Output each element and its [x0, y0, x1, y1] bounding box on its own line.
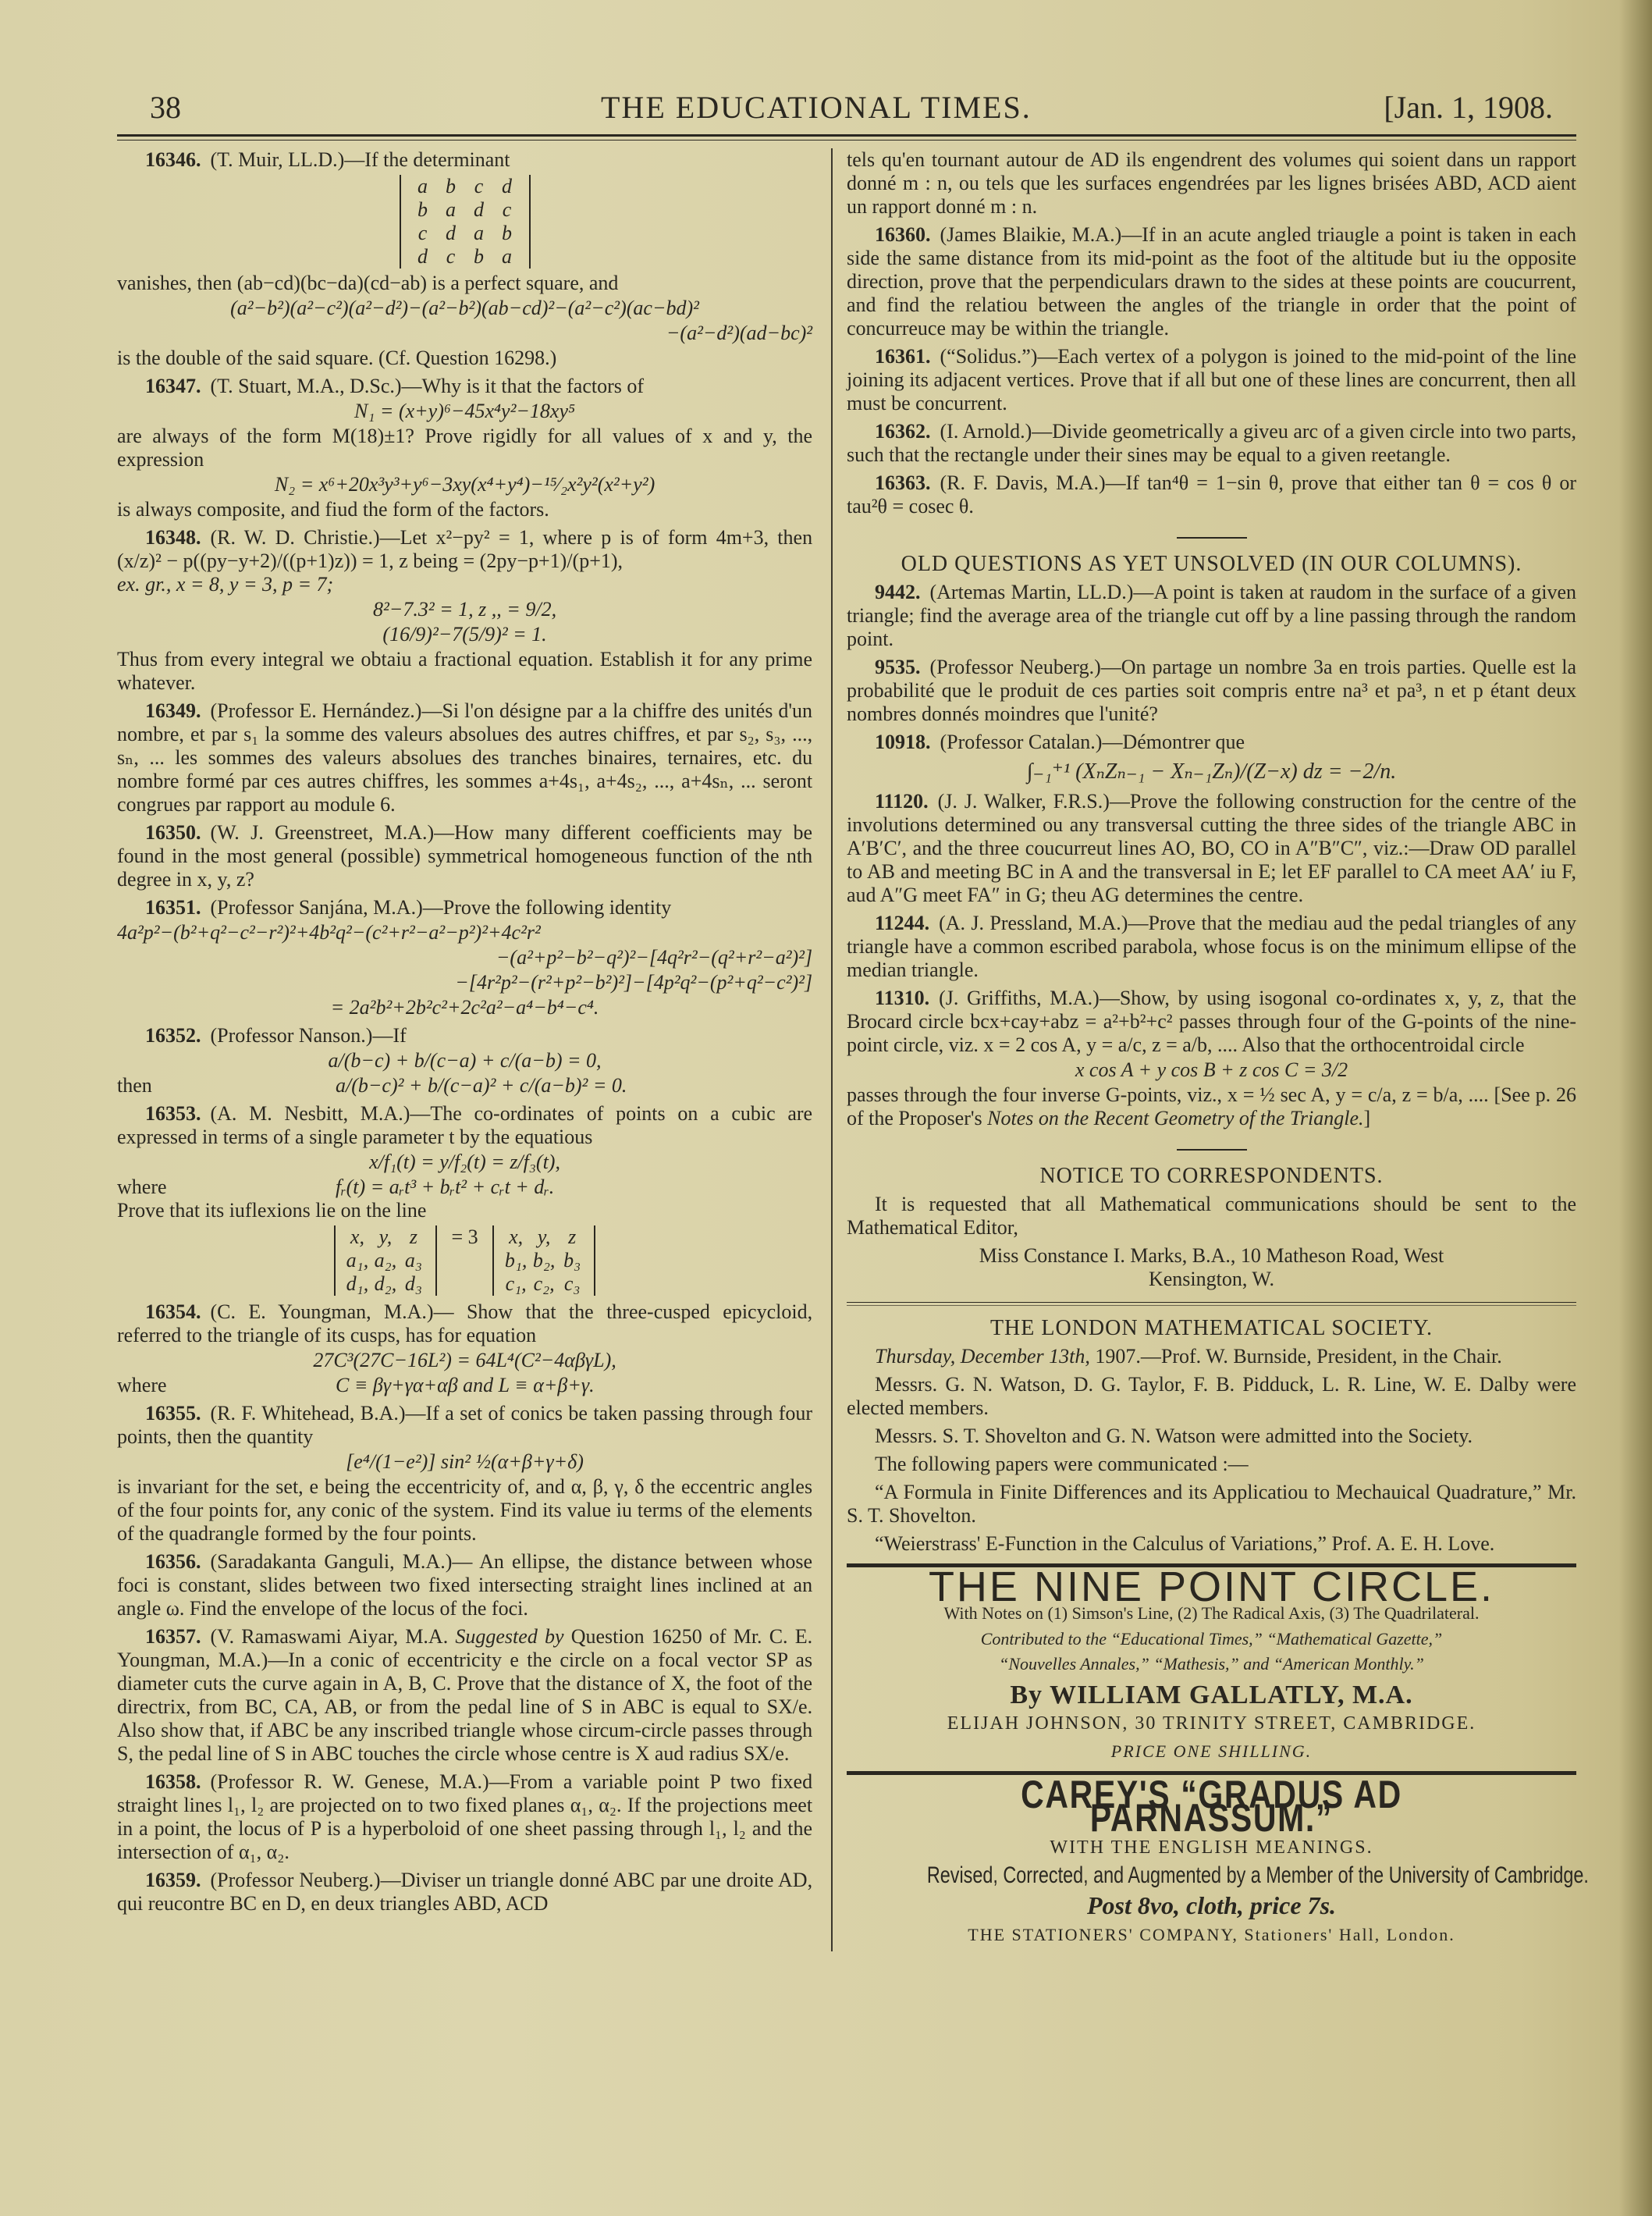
question-author: (Saradakanta Ganguli, M.A.)	[211, 1550, 453, 1573]
question-16363: 16363.(R. F. Davis, M.A.)—If tan⁴θ = 1−s…	[847, 471, 1576, 518]
advert-contributed: Contributed to the “Educational Times,” …	[847, 1627, 1576, 1651]
question-author: (V. Ramaswami Aiyar, M.A.	[211, 1625, 449, 1648]
formula: −(a²+p²−b²−q²)²−[4q²r²−(q²+r²−a²)²]	[117, 946, 812, 969]
question-16350: 16350.(W. J. Greenstreet, M.A.)—How many…	[117, 821, 812, 891]
question-number: 16346.	[145, 148, 201, 171]
formula: 8²−7.3² = 1, z ,, = 9/2,	[117, 598, 812, 621]
meeting-text: 1907.—Prof. W. Burnside, President, in t…	[1090, 1345, 1502, 1368]
publication-title: THE EDUCATIONAL TIMES.	[601, 89, 1032, 126]
formula: = 2a²b²+2b²c²+2c²a²−a⁴−b⁴−c⁴.	[117, 996, 812, 1019]
question-11120: 11120.(J. J. Walker, F.R.S.)—Prove the f…	[847, 790, 1576, 907]
question-number: 16360.	[875, 223, 931, 246]
question-16352: 16352.(Professor Nanson.)—If a/(b−c) + b…	[117, 1024, 812, 1097]
question-16346: 16346.(T. Muir, LL.D.)—If the determinan…	[117, 148, 812, 370]
editor-address-line2: Kensington, W.	[847, 1268, 1576, 1291]
question-number: 16347.	[145, 375, 201, 397]
question-16359-continued: tels qu'en tournant autour de AD ils eng…	[847, 148, 1576, 219]
formula: (16/9)²−7(5/9)² = 1.	[117, 623, 812, 646]
question-16357: 16357.(V. Ramaswami Aiyar, M.A. Suggeste…	[117, 1625, 812, 1766]
formula: a/(b−c) + b/(c−a) + c/(a−b) = 0,	[117, 1049, 812, 1072]
advert-title: THE NINE POINT CIRCLE.	[847, 1575, 1576, 1599]
question-number: 16350.	[145, 821, 201, 844]
question-author: (R. W. D. Christie.)	[211, 526, 380, 549]
question-text: is the double of the said square. (Cf. Q…	[117, 347, 812, 370]
section-divider	[1177, 1149, 1247, 1151]
suggested-by: Suggested by	[455, 1625, 563, 1648]
formula: −(a²−d²)(ad−bc)²	[117, 322, 812, 345]
question-author: (Professor Nanson.)	[211, 1024, 373, 1047]
advert-author: By WILLIAM GALLATLY, M.A.	[847, 1684, 1576, 1707]
lms-heading: THE LONDON MATHEMATICAL SOCIETY.	[847, 1317, 1576, 1340]
question-16359: 16359.(Professor Neuberg.)—Diviser un tr…	[117, 1869, 812, 1915]
integral-formula: ∫₋₁⁺¹ (XₙZₙ₋₁ − Xₙ₋₁Zₙ)/(Z−x) dz = −2/n.	[847, 760, 1576, 784]
question-text: —Prove the following identity	[423, 896, 671, 919]
question-16348: 16348.(R. W. D. Christie.)—Let x²−py² = …	[117, 526, 812, 695]
advert-price: Post 8vo, cloth, price 7s.	[847, 1894, 1576, 1917]
question-10918: 10918.(Professor Catalan.)—Démontrer que…	[847, 731, 1576, 784]
question-number: 16356.	[145, 1550, 201, 1573]
question-author: (C. E. Youngman, M.A.)	[211, 1300, 434, 1323]
question-9442: 9442.(Artemas Martin, LL.D.)—A point is …	[847, 581, 1576, 651]
left-column: 16346.(T. Muir, LL.D.)—If the determinan…	[117, 148, 823, 1951]
question-text: Prove that its iuflexions lie on the lin…	[117, 1199, 812, 1222]
question-author: (A. J. Pressland, M.A.)	[939, 912, 1128, 934]
question-number: 16358.	[145, 1770, 201, 1793]
formula: [e⁴/(1−e²)] sin² ½(α+β+γ+δ)	[117, 1450, 812, 1474]
where-label: where	[117, 1176, 273, 1199]
question-author: (Professor Neuberg.)	[930, 656, 1101, 678]
determinant-left: x,y,z a₁,a₂,a₃ d₁,d₂,d₃	[334, 1225, 437, 1296]
question-text: is always composite, and fiud the form o…	[117, 498, 812, 521]
question-number: 16357.	[145, 1625, 201, 1648]
formula: N₂ = x⁶+20x³y³+y⁶−3xy(x⁴+y⁴)−¹⁵⁄₂x²y²(x²…	[117, 473, 812, 496]
question-9535: 9535.(Professor Neuberg.)—On partage un …	[847, 656, 1576, 726]
question-16353: 16353.(A. M. Nesbitt, M.A.)—The co-ordin…	[117, 1102, 812, 1296]
question-number: 9535.	[875, 656, 921, 678]
equals-sign: = 3	[451, 1225, 478, 1248]
editor-address: Miss Constance I. Marks, B.A., 10 Mathes…	[847, 1244, 1576, 1268]
question-number: 16359.	[145, 1869, 201, 1891]
book-title: Notes on the Recent Geometry of the Tria…	[987, 1107, 1363, 1129]
question-text: is invariant for the set, e being the ec…	[117, 1475, 812, 1546]
question-16360: 16360.(James Blaikie, M.A.)—If in an acu…	[847, 223, 1576, 340]
old-questions-heading: OLD QUESTIONS AS YET UNSOLVED (IN OUR CO…	[847, 553, 1576, 576]
formula: (a²−b²)(a²−c²)(a²−d²)−(a²−b²)(ab−cd)²−(a…	[117, 297, 812, 320]
formula: x/f₁(t) = y/f₂(t) = z/f₃(t),	[117, 1151, 812, 1174]
meeting-date: Thursday, December 13th,	[875, 1345, 1090, 1368]
where-label: where	[117, 1374, 273, 1397]
question-author: (R. F. Whitehead, B.A.)	[211, 1402, 406, 1425]
advert-price: PRICE ONE SHILLING.	[847, 1740, 1576, 1763]
advert-nine-point-circle: THE NINE POINT CIRCLE. With Notes on (1)…	[847, 1575, 1576, 1763]
question-number: 9442.	[875, 581, 921, 603]
masthead: 38 THE EDUCATIONAL TIMES. [Jan. 1, 1908.	[117, 78, 1576, 133]
determinant-right: x,y,z b₁,b₂,b₃ c₁,c₂,c₃	[492, 1225, 595, 1296]
question-16351: 16351.(Professor Sanjána, M.A.)—Prove th…	[117, 896, 812, 1019]
question-16361: 16361.(“Solidus.”)—Each vertex of a poly…	[847, 345, 1576, 415]
question-16354: 16354.(C. E. Youngman, M.A.)— Show that …	[117, 1300, 812, 1397]
question-number: 11120.	[875, 790, 929, 813]
question-number: 16352.	[145, 1024, 201, 1047]
question-16349: 16349.(Professor E. Hernández.)—Si l'on …	[117, 699, 812, 816]
question-author: (J. J. Walker, F.R.S.)	[938, 790, 1110, 813]
lms-papers-intro: The following papers were communicated :…	[847, 1453, 1576, 1476]
notice-heading: NOTICE TO CORRESPONDENTS.	[847, 1165, 1576, 1188]
question-11310: 11310.(J. Griffiths, M.A.)—Show, by usin…	[847, 987, 1576, 1130]
question-number: 16363.	[875, 471, 931, 494]
question-text: ex. gr., x = 8, y = 3, p = 7;	[117, 573, 812, 596]
question-number: 16351.	[145, 896, 201, 919]
question-text: are always of the form M(18)±1? Prove ri…	[117, 425, 812, 471]
formula: C ≡ βγ+γα+αβ and L ≡ α+β+γ.	[273, 1374, 812, 1397]
question-author: (Artemas Martin, LL.D.)	[930, 581, 1134, 603]
column-divider	[831, 148, 833, 1951]
question-author: (Professor E. Hernández.)	[211, 699, 422, 722]
question-number: 16348.	[145, 526, 201, 549]
question-author: (Professor R. W. Genese, M.A.)	[211, 1770, 489, 1793]
lms-meeting: Thursday, December 13th, 1907.—Prof. W. …	[847, 1345, 1576, 1368]
formula: x cos A + y cos B + z cos C = 3/2	[847, 1058, 1576, 1082]
formula: fᵣ(t) = aᵣt³ + bᵣt² + cᵣt + dᵣ.	[273, 1176, 812, 1199]
question-text: Thus from every integral we obtaiu a fra…	[117, 648, 812, 695]
question-text: vanishes, then (ab−cd)(bc−da)(cd−ab) is …	[117, 272, 812, 295]
question-number: 11244.	[875, 912, 929, 934]
question-author: (Professor Sanjána, M.A.)	[211, 896, 423, 919]
right-column: tels qu'en tournant autour de AD ils eng…	[840, 148, 1576, 1951]
advert-revised: Revised, Corrected, and Augmented by a M…	[927, 1864, 1496, 1887]
lms-paper-1: “A Formula in Finite Differences and its…	[847, 1481, 1576, 1528]
lms-admitted: Messrs. S. T. Shovelton and G. N. Watson…	[847, 1425, 1576, 1448]
notice-text: It is requested that all Mathematical co…	[847, 1193, 1576, 1240]
determinant: abcd badc cdab dcba	[400, 175, 531, 269]
question-author: (Professor Neuberg.)	[211, 1869, 381, 1891]
question-number: 16354.	[145, 1300, 201, 1323]
question-number: 16353.	[145, 1102, 201, 1125]
then-label: then	[117, 1074, 273, 1097]
advert-title: CAREY'S “GRADUS AD PARNASSUM.”	[912, 1783, 1511, 1830]
formula: −[4r²p²−(r²+p²−b²)²]−[4p²q²−(p²+q²−c²)²]	[117, 971, 812, 994]
question-text: —If	[372, 1024, 406, 1047]
issue-date: [Jan. 1, 1908.	[1384, 89, 1553, 126]
formula: 27C³(27C−16L²) = 64L⁴(C²−4αβγL),	[117, 1349, 812, 1372]
formula: 4a²p²−(b²+q²−c²−r²)²+4b²q²−(c²+r²−a²−p²)…	[117, 921, 812, 944]
section-divider	[1177, 537, 1247, 539]
question-number: 16355.	[145, 1402, 201, 1425]
question-author: (W. J. Greenstreet, M.A.)	[211, 821, 435, 844]
question-number: 16362.	[875, 420, 931, 443]
advert-subtitle: With Notes on (1) Simson's Line, (2) The…	[847, 1602, 1576, 1625]
question-text: —Démontrer que	[1102, 731, 1245, 753]
page-number: 38	[150, 89, 181, 126]
question-author: (Professor Catalan.)	[940, 731, 1103, 753]
advert-contributed-2: “Nouvelles Annales,” “Mathesis,” and “Am…	[847, 1652, 1576, 1676]
formula: N₁ = (x+y)⁶−45x⁴y²−18xy⁵	[117, 400, 812, 423]
question-16347: 16347.(T. Stuart, M.A., D.Sc.)—Why is it…	[117, 375, 812, 521]
question-text: —If the determinant	[344, 148, 510, 171]
question-author: (I. Arnold.)	[940, 420, 1032, 443]
advert-publisher: ELIJAH JOHNSON, 30 TRINITY STREET, CAMBR…	[847, 1712, 1576, 1735]
newspaper-page: 38 THE EDUCATIONAL TIMES. [Jan. 1, 1908.…	[117, 78, 1576, 1951]
question-author: (J. Griffiths, M.A.)	[939, 987, 1100, 1009]
question-number: 10918.	[875, 731, 931, 753]
question-11244: 11244.(A. J. Pressland, M.A.)—Prove that…	[847, 912, 1576, 982]
question-number: 16349.	[145, 699, 201, 722]
advert-gradus: CAREY'S “GRADUS AD PARNASSUM.” WITH THE …	[847, 1783, 1576, 1947]
closing-bracket: ]	[1364, 1107, 1371, 1129]
formula: a/(b−c)² + b/(c−a)² + c/(a−b)² = 0.	[273, 1074, 812, 1097]
question-text: —Why is it that the factors of	[402, 375, 644, 397]
question-author: (R. F. Davis, M.A.)	[940, 471, 1106, 494]
question-author: (T. Muir, LL.D.)	[211, 148, 345, 171]
masthead-rule	[117, 134, 1576, 141]
question-16356: 16356.(Saradakanta Ganguli, M.A.)— An el…	[117, 1550, 812, 1620]
lms-paper-2: “Weierstrass' E-Function in the Calculus…	[847, 1532, 1576, 1556]
question-author: (T. Stuart, M.A., D.Sc.)	[211, 375, 402, 397]
advert-publisher: THE STATIONERS' COMPANY, Stationers' Hal…	[847, 1923, 1576, 1947]
lms-elected: Messrs. G. N. Watson, D. G. Taylor, F. B…	[847, 1373, 1576, 1420]
question-16355: 16355.(R. F. Whitehead, B.A.)—If a set o…	[117, 1402, 812, 1546]
question-16358: 16358.(Professor R. W. Genese, M.A.)—Fro…	[117, 1770, 812, 1864]
question-number: 16361.	[875, 345, 931, 368]
question-author: (A. M. Nesbitt, M.A.)	[211, 1102, 410, 1125]
question-16362: 16362.(I. Arnold.)—Divide geometrically …	[847, 420, 1576, 467]
section-rule	[847, 1302, 1576, 1306]
question-number: 11310.	[875, 987, 929, 1009]
question-author: (James Blaikie, M.A.)	[940, 223, 1122, 246]
question-author: (“Solidus.”)	[940, 345, 1038, 368]
